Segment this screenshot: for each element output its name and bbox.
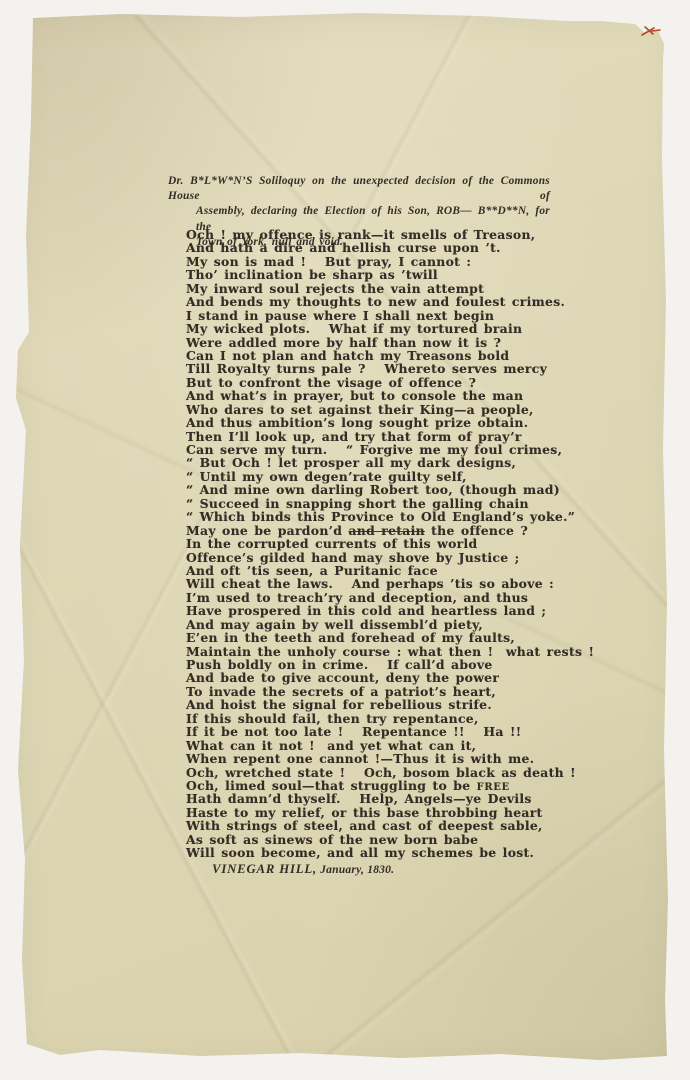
poem-line: I’m used to treach’ry and deception, and… bbox=[186, 591, 594, 604]
poem-line: Maintain the unholy course : what then !… bbox=[186, 645, 594, 658]
poem-line: My son is mad ! But pray, I cannot : bbox=[186, 255, 594, 268]
poem-line: And thus ambition’s long sought prize ob… bbox=[186, 416, 594, 429]
poem-line: Have prospered in this cold and heartles… bbox=[186, 604, 594, 617]
poem-line: Then I’ll look up, and try that form of … bbox=[186, 430, 594, 443]
poem-line: Push boldly on in crime. If call’d above bbox=[186, 658, 594, 671]
poem-line: But to confront the visage of offence ? bbox=[186, 376, 594, 389]
poem-line: E’en in the teeth and forehead of my fau… bbox=[186, 631, 594, 644]
signature-date: January, 1830. bbox=[317, 863, 394, 876]
poem-line: In the corrupted currents of this world bbox=[186, 537, 594, 550]
poem-line: “ But Och ! let prosper all my dark desi… bbox=[186, 456, 594, 469]
poem-line: If this should fail, then try repentance… bbox=[186, 712, 594, 725]
scanned-broadside-page: Dr. B*L*W*N’S Soliloquy on the unexpecte… bbox=[0, 0, 690, 1080]
poem-line: Och, wretched state ! Och, bosom black a… bbox=[186, 766, 594, 779]
signature-place: VINEGAR HILL, bbox=[212, 862, 317, 876]
poem: Och ! my offence is rank—it smells of Tr… bbox=[186, 228, 594, 860]
poem-line: And what’s in prayer, but to console the… bbox=[186, 389, 594, 402]
poem-line: Will soon become, and all my schemes be … bbox=[186, 846, 594, 859]
poem-line: Offence’s gilded hand may shove by Justi… bbox=[186, 551, 594, 564]
poem-line: “ Until my own degen’rate guilty self, bbox=[186, 470, 594, 483]
poem-line: Till Royalty turns pale ? Whereto serves… bbox=[186, 362, 594, 375]
poem-line: “ Which binds this Province to Old Engla… bbox=[186, 510, 594, 523]
poem-line: Och ! my offence is rank—it smells of Tr… bbox=[186, 228, 594, 241]
poem-line: Were addled more by half than now it is … bbox=[186, 336, 594, 349]
poem-line: Hath damn’d thyself. Help, Angels—ye Dev… bbox=[186, 792, 594, 805]
poem-line: What can it not ! and yet what can it, bbox=[186, 739, 594, 752]
red-pen-mark-icon bbox=[640, 24, 662, 40]
poem-line: If it be not too late ! Repentance !! Ha… bbox=[186, 725, 594, 738]
heading-line-1: Dr. B*L*W*N’S Soliloquy on the unexpecte… bbox=[168, 174, 550, 204]
poem-line: Will cheat the laws. And perhaps ’tis so… bbox=[186, 577, 594, 590]
poem-line: And hath a dire and hellish curse upon ’… bbox=[186, 241, 594, 254]
signature-line: VINEGAR HILL, January, 1830. bbox=[212, 860, 394, 878]
poem-line: Och, limed soul—that struggling to be FR… bbox=[186, 779, 594, 792]
poem-line: Can serve my turn. “ Forgive me my foul … bbox=[186, 443, 594, 456]
poem-line: And bends my thoughts to new and foulest… bbox=[186, 295, 594, 308]
poem-line: My inward soul rejects the vain attempt bbox=[186, 282, 594, 295]
poem-line: Who dares to set against their King—a pe… bbox=[186, 403, 594, 416]
poem-line: I stand in pause where I shall next begi… bbox=[186, 309, 594, 322]
poem-line: And may again by well dissembl’d piety, bbox=[186, 618, 594, 631]
poem-line: As soft as sinews of the new born babe bbox=[186, 833, 594, 846]
poem-line: “ Succeed in snapping short the galling … bbox=[186, 497, 594, 510]
poem-line: “ And mine own darling Robert too, (thou… bbox=[186, 483, 594, 496]
poem-line: Tho’ inclination be sharp as ’twill bbox=[186, 268, 594, 281]
poem-line: May one be pardon’d and retain the offen… bbox=[186, 524, 594, 537]
poem-line: With strings of steel, and cast of deepe… bbox=[186, 819, 594, 832]
poem-line: My wicked plots. What if my tortured bra… bbox=[186, 322, 594, 335]
poem-line: And bade to give account, deny the power bbox=[186, 671, 594, 684]
poem-line: And oft ’tis seen, a Puritanic face bbox=[186, 564, 594, 577]
poem-line: Can I not plan and hatch my Treasons bol… bbox=[186, 349, 594, 362]
poem-line: When repent one cannot !—Thus it is with… bbox=[186, 752, 594, 765]
poem-line: Haste to my relief, or this base throbbi… bbox=[186, 806, 594, 819]
poem-line: To invade the secrets of a patriot’s hea… bbox=[186, 685, 594, 698]
poem-line: And hoist the signal for rebellious stri… bbox=[186, 698, 594, 711]
